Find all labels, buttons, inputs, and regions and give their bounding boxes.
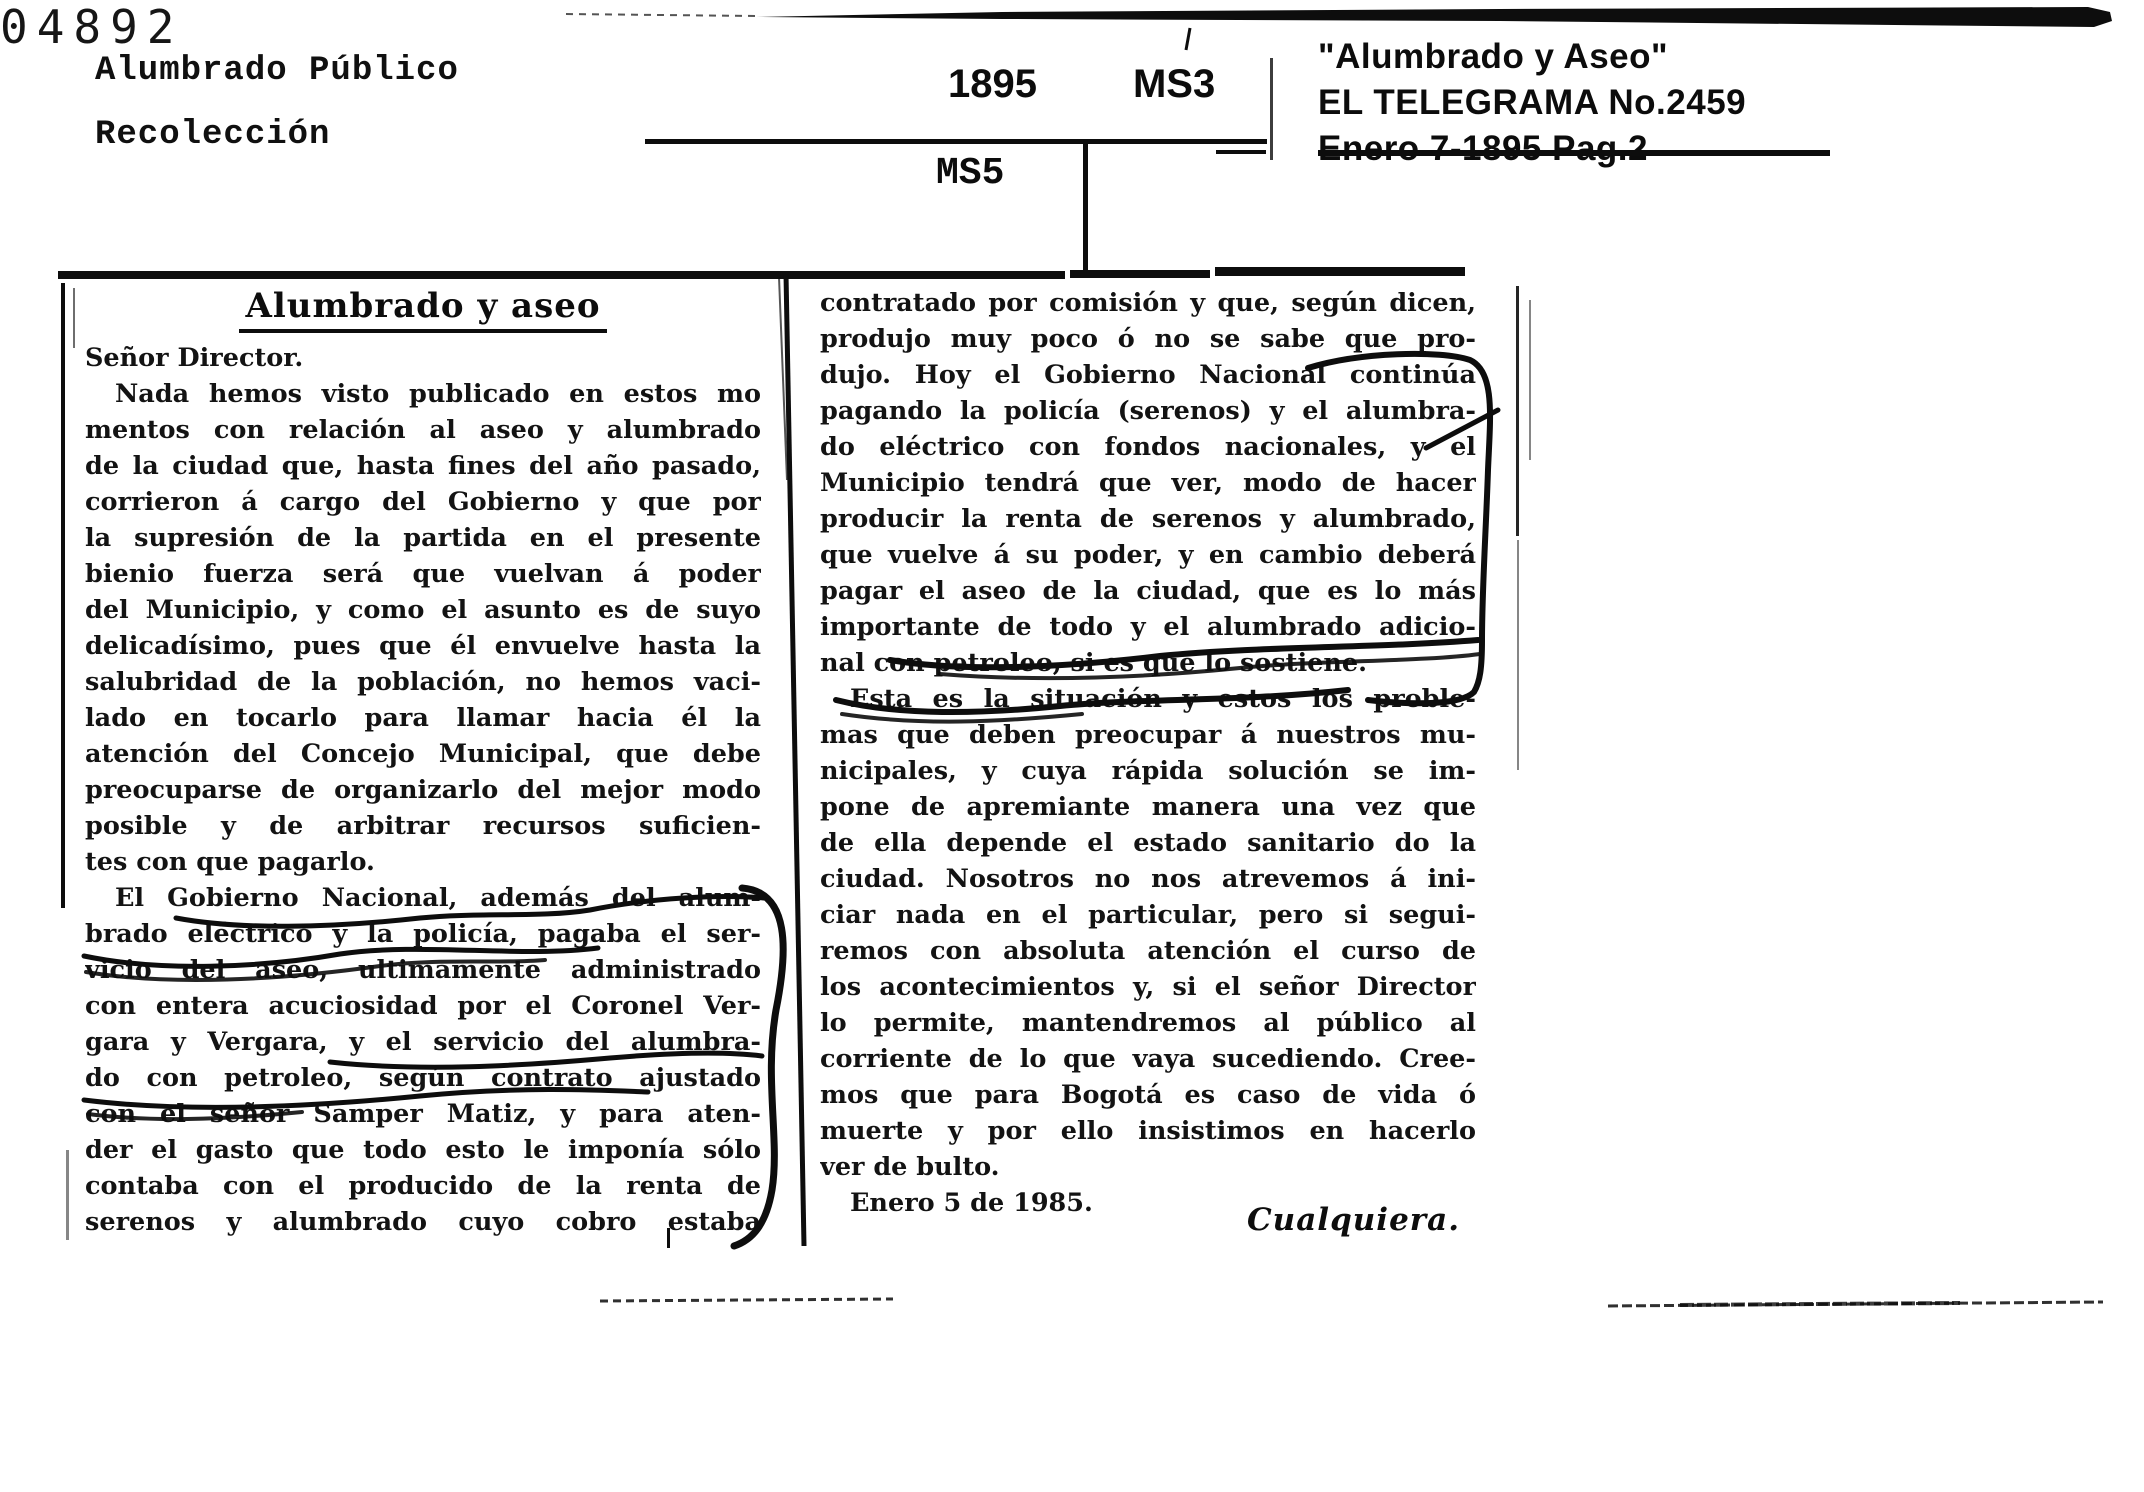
header-year-codes: 1895 MS3 (948, 62, 1215, 107)
article-column-left: Señor Director.Nada hemos visto publicad… (85, 340, 761, 1240)
clipping-left-border-echo (73, 288, 75, 348)
article-line: la supresión de la partida en el present… (85, 520, 761, 556)
citation-title: "Alumbrado y Aseo" (1318, 34, 1746, 80)
clipping-top-border-2 (1070, 270, 1210, 278)
article-title-text: Alumbrado y aseo (239, 286, 606, 333)
clipping-top-border-1 (58, 271, 1065, 279)
article-line: lo permite, mantendremos al público al (820, 1005, 1476, 1041)
citation-date: Enero 7-1895 Pag.2 (1318, 126, 1746, 172)
article-line: serenos y alumbrado cuyo cobro estaba (85, 1204, 761, 1240)
clipping-top-border-3 (1215, 267, 1465, 276)
article-line: nal con petroleo, si es que lo sostiene. (820, 645, 1476, 681)
header-horizontal-rule (645, 139, 1267, 144)
citation-block: "Alumbrado y Aseo" EL TELEGRAMA No.2459 … (1318, 34, 1746, 172)
article-column-right: contratado por comisión y que, según dic… (820, 285, 1476, 1221)
year-label: 1895 (948, 62, 1037, 107)
article-line: atención del Concejo Municipal, que debe (85, 736, 761, 772)
article-line: Nada hemos visto publicado en estos mo (85, 376, 761, 412)
article-line: posible y de arbitrar recursos suficien- (85, 808, 761, 844)
article-line: lado en tocarlo para llamar hacia él la (85, 700, 761, 736)
article-line: contaba con el producido de la renta de (85, 1168, 761, 1204)
article-line: que vuelve á su poder, y en cambio deber… (820, 537, 1476, 573)
article-line: producir la renta de serenos y alumbrado… (820, 501, 1476, 537)
citation-left-dash (1216, 150, 1266, 154)
article-line: do eléctrico con fondos nacionales, y el (820, 429, 1476, 465)
article-line: corrieron á cargo del Gobierno y que por (85, 484, 761, 520)
header-vertical-rule (1083, 142, 1088, 270)
clipping-right-border-2 (1517, 540, 1519, 770)
article-line: produjo muy poco ó no se sabe que pro- (820, 321, 1476, 357)
article-line: tes con que pagarlo. (85, 844, 761, 880)
archive-subject-label-2: Recolección (95, 116, 330, 154)
article-line: ciar nada en el particular, pero si segu… (820, 897, 1476, 933)
article-line: mas que deben preocupar á nuestros mu- (820, 717, 1476, 753)
article-line: Señor Director. (85, 340, 761, 376)
article-line: preocuparse de organizarlo del mejor mod… (85, 772, 761, 808)
article-line: mos que para Bogotá es caso de vida ó (820, 1077, 1476, 1113)
article-line: der el gasto que todo esto le imponía só… (85, 1132, 761, 1168)
article-line: con el señor Samper Matiz, y para aten- (85, 1096, 761, 1132)
ms3-code: MS3 (1133, 62, 1215, 107)
article-line: ciudad. Nosotros no nos atrevemos á ini- (820, 861, 1476, 897)
article-line: mentos con relación al aseo y alumbrado (85, 412, 761, 448)
article-line: corriente de lo que vaya sucediendo. Cre… (820, 1041, 1476, 1077)
article-line: dujo. Hoy el Gobierno Nacional continúa (820, 357, 1476, 393)
article-line: brado eléctrico y la policía, pagaba el … (85, 916, 761, 952)
article-line: de ella depende el estado sanitario do l… (820, 825, 1476, 861)
article-line: con entera acuciosidad por el Coronel Ve… (85, 988, 761, 1024)
article-line: do con petroleo, según contrato ajustado (85, 1060, 761, 1096)
article-line: Esta es la situación y estos los proble- (820, 681, 1476, 717)
article-line: ver de bulto. (820, 1149, 1476, 1185)
article-line: los acontecimientos y, si el señor Direc… (820, 969, 1476, 1005)
clipping-right-border-3 (1529, 300, 1531, 460)
clipping-left-border-lower (66, 1150, 69, 1240)
article-line: delicadísimo, pues que él envuelve hasta… (85, 628, 761, 664)
citation-source: EL TELEGRAMA No.2459 (1318, 80, 1746, 126)
article-line: El Gobierno Nacional, además del alum- (85, 880, 761, 916)
article-signature: Cualquiera. (1060, 1202, 1460, 1238)
article-line: bienio fuerza será que vuelvan á poder (85, 556, 761, 592)
column-divider-echo (779, 277, 787, 480)
article-line: pone de apremiante manera una vez que (820, 789, 1476, 825)
archive-subject-label-1: Alumbrado Público (95, 52, 459, 90)
article-line: Municipio tendrá que ver, modo de hacer (820, 465, 1476, 501)
article-line: del Municipio, y como el asunto es de su… (85, 592, 761, 628)
citation-left-tick (1270, 58, 1273, 160)
article-line: de la ciudad que, hasta fines del año pa… (85, 448, 761, 484)
article-line: contratado por comisión y que, según dic… (820, 285, 1476, 321)
article-line: pagar el aseo de la ciudad, que es lo má… (820, 573, 1476, 609)
bottom-speckle-line-left (600, 1299, 893, 1301)
catalog-number: 04892 (0, 0, 2144, 54)
bottom-speckle-line-right (1608, 1302, 2103, 1306)
article-line: nicipales, y cuya rápida solución se im- (820, 753, 1476, 789)
article-line: salubridad de la población, no hemos vac… (85, 664, 761, 700)
clipping-right-border-1 (1516, 286, 1519, 536)
article-line: importante de todo y el alumbrado adicio… (820, 609, 1476, 645)
article-title: Alumbrado y aseo (85, 286, 761, 333)
clipping-left-border (61, 283, 65, 908)
article-line: gara y Vergara, y el servicio del alumbr… (85, 1024, 761, 1060)
ms5-code: MS5 (936, 152, 1004, 195)
bottom-speckle-line-right-heavy (1680, 1303, 1960, 1305)
article-line: remos con absoluta atención el curso de (820, 933, 1476, 969)
article-line: pagando la policía (serenos) y el alumbr… (820, 393, 1476, 429)
column-divider-rule (786, 274, 804, 1246)
scanned-archive-page: { "header": { "handwritten_label_line1":… (0, 0, 2144, 1492)
article-line: vicio del aseo, ultimamente administrado (85, 952, 761, 988)
article-line: muerte y por ello insistimos en hacerlo (820, 1113, 1476, 1149)
